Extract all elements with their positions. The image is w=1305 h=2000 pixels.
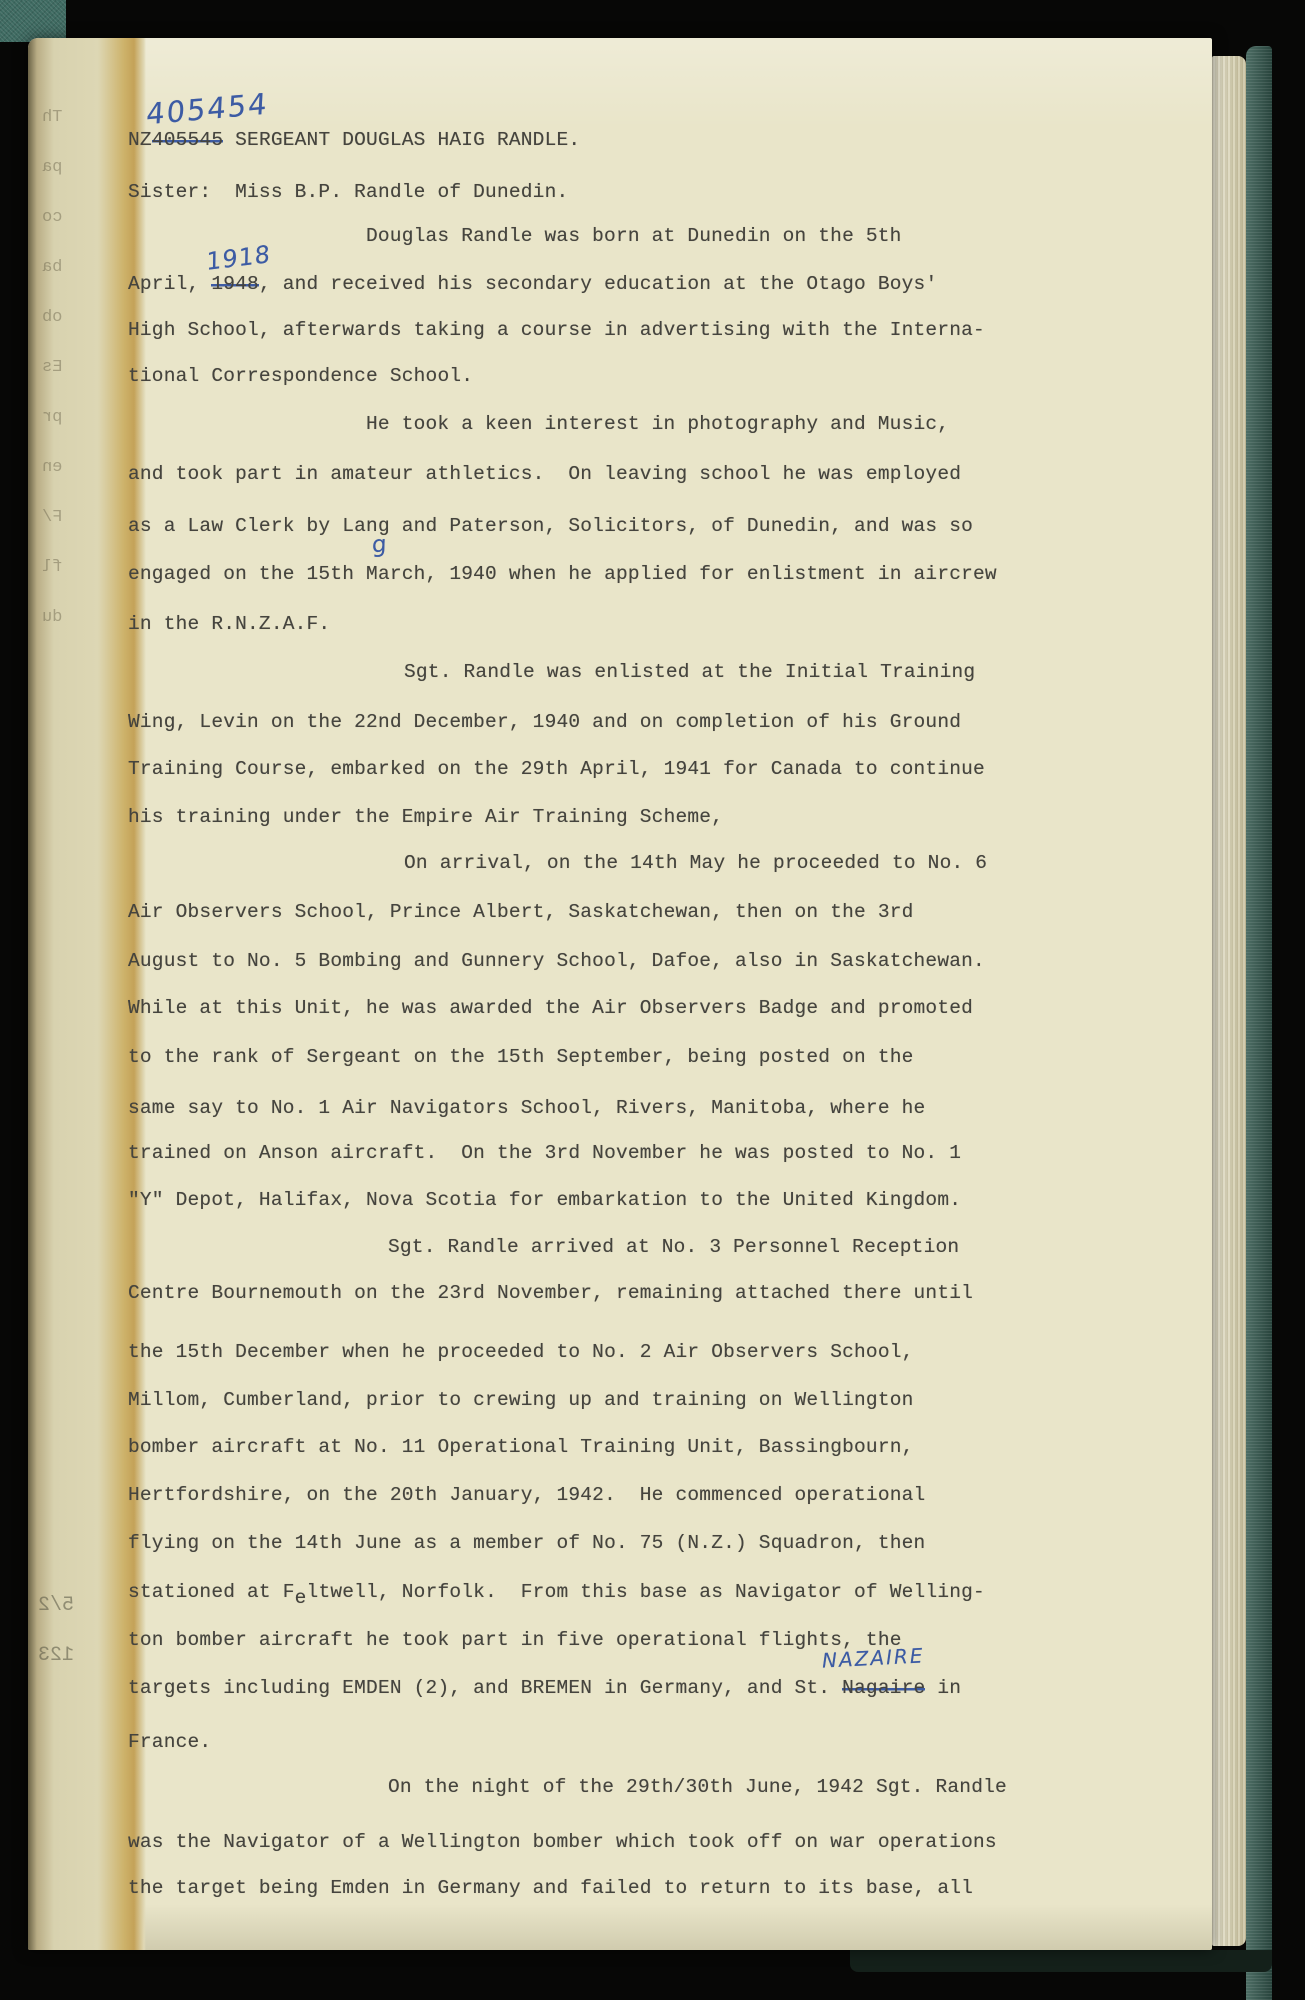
typed-line: Sgt. Randle was enlisted at the Initial … bbox=[404, 660, 975, 684]
typed-text: Sister: Miss B.P. Randle of Dunedin. bbox=[128, 181, 568, 203]
typed-text: Hertfordshire, on the 20th January, 1942… bbox=[128, 1484, 925, 1506]
typed-text: the 15th December when he proceeded to N… bbox=[128, 1341, 914, 1363]
showthrough-text: fl bbox=[42, 558, 62, 577]
typed-line: as a Law Clerk by Lang and Paterson, Sol… bbox=[128, 514, 973, 538]
typed-line: Sgt. Randle arrived at No. 3 Personnel R… bbox=[388, 1235, 959, 1259]
typed-text: On arrival, on the 14th May he proceeded… bbox=[404, 852, 987, 874]
typed-line: High School, afterwards taking a course … bbox=[128, 318, 985, 342]
typed-text: Wing, Levin on the 22nd December, 1940 a… bbox=[128, 711, 961, 733]
typed-line: in the R.N.Z.A.F. bbox=[128, 612, 330, 636]
scanned-document-photo: ThpacobaobEsprenF/fldu5/2123 NZ405545 SE… bbox=[0, 0, 1305, 2000]
typed-line: his training under the Empire Air Traini… bbox=[128, 805, 723, 829]
typed-text: Air Observers School, Prince Albert, Sas… bbox=[128, 901, 914, 923]
typed-line: August to No. 5 Bombing and Gunnery Scho… bbox=[128, 949, 985, 973]
typed-text: his training under the Empire Air Traini… bbox=[128, 806, 723, 828]
struck-text: Nagaire bbox=[842, 1677, 925, 1699]
handwritten-annotation: 1918 bbox=[206, 240, 271, 276]
typed-line: to the rank of Sergeant on the 15th Sept… bbox=[128, 1045, 914, 1069]
typed-line: trained on Anson aircraft. On the 3rd No… bbox=[128, 1141, 961, 1165]
typed-text: and took part in amateur athletics. On l… bbox=[128, 463, 961, 485]
typed-text: in the R.N.Z.A.F. bbox=[128, 613, 330, 635]
showthrough-text: en bbox=[42, 458, 62, 477]
handwritten-annotation: 405454 bbox=[145, 87, 269, 132]
typed-line: tional Correspondence School. bbox=[128, 364, 473, 388]
typed-line: "Y" Depot, Halifax, Nova Scotia for emba… bbox=[128, 1188, 961, 1212]
typed-line: On the night of the 29th/30th June, 1942… bbox=[388, 1775, 1007, 1799]
typed-line: targets including EMDEN (2), and BREMEN … bbox=[128, 1676, 961, 1700]
typed-line: Wing, Levin on the 22nd December, 1940 a… bbox=[128, 710, 961, 734]
typed-line: Hertfordshire, on the 20th January, 1942… bbox=[128, 1483, 925, 1507]
typed-line: engaged on the 15th March, 1940 when he … bbox=[128, 562, 997, 586]
showthrough-text: pr bbox=[42, 408, 62, 427]
typed-text: engaged on the 15th March, 1940 when he … bbox=[128, 563, 997, 585]
typed-line: France. bbox=[128, 1730, 211, 1754]
typed-text: Douglas Randle was born at Dunedin on th… bbox=[366, 225, 902, 247]
typed-text: bomber aircraft at No. 11 Operational Tr… bbox=[128, 1436, 914, 1458]
showthrough-text: pa bbox=[42, 158, 62, 177]
showthrough-text: F/ bbox=[42, 508, 62, 527]
typed-text: High School, afterwards taking a course … bbox=[128, 319, 985, 341]
typed-text: April, bbox=[128, 273, 211, 295]
book-cloth-top-left bbox=[0, 0, 66, 42]
typed-line: Air Observers School, Prince Albert, Sas… bbox=[128, 900, 914, 924]
typed-text: Training Course, embarked on the 29th Ap… bbox=[128, 758, 985, 780]
typed-text: "Y" Depot, Halifax, Nova Scotia for emba… bbox=[128, 1189, 961, 1211]
showthrough-number: 123 bbox=[38, 1644, 74, 1667]
showthrough-text: ba bbox=[42, 258, 62, 277]
typed-line: bomber aircraft at No. 11 Operational Tr… bbox=[128, 1435, 914, 1459]
showthrough-text: Th bbox=[42, 108, 62, 127]
typed-text: stationed at F bbox=[128, 1581, 295, 1603]
typed-text: trained on Anson aircraft. On the 3rd No… bbox=[128, 1142, 961, 1164]
struck-text: 405545 bbox=[152, 129, 223, 151]
typed-line: and took part in amateur athletics. On l… bbox=[128, 462, 961, 486]
typed-text: , and received his secondary education a… bbox=[259, 273, 937, 295]
typed-text: Sgt. Randle was enlisted at the Initial … bbox=[404, 661, 975, 683]
typed-text: ton bomber aircraft he took part in five… bbox=[128, 1629, 902, 1651]
typed-line: stationed at Feltwell, Norfolk. From thi… bbox=[128, 1580, 985, 1604]
typed-line: flying on the 14th June as a member of N… bbox=[128, 1531, 925, 1555]
typed-text: August to No. 5 Bombing and Gunnery Scho… bbox=[128, 950, 985, 972]
typed-text: tional Correspondence School. bbox=[128, 365, 473, 387]
showthrough-text: ob bbox=[42, 308, 62, 327]
typed-line: the target being Emden in Germany and fa… bbox=[128, 1876, 973, 1900]
typed-line: Sister: Miss B.P. Randle of Dunedin. bbox=[128, 180, 568, 204]
page-stack-edge bbox=[1212, 56, 1246, 1946]
typed-line: Millom, Cumberland, prior to crewing up … bbox=[128, 1388, 914, 1412]
typed-line: Training Course, embarked on the 29th Ap… bbox=[128, 757, 985, 781]
book-board-bottom-edge bbox=[850, 1950, 1272, 1972]
typed-text: in bbox=[925, 1677, 961, 1699]
typed-text: On the night of the 29th/30th June, 1942… bbox=[388, 1776, 1007, 1798]
typed-text: same say to No. 1 Air Navigators School,… bbox=[128, 1097, 925, 1119]
typed-text: NZ bbox=[128, 129, 152, 151]
handwritten-annotation: NAZAIRE bbox=[821, 1643, 925, 1672]
typed-text: SERGEANT DOUGLAS HAIG RANDLE. bbox=[223, 129, 580, 151]
typed-line: Centre Bournemouth on the 23rd November,… bbox=[128, 1281, 973, 1305]
showthrough-text: co bbox=[42, 208, 62, 227]
typed-text: Centre Bournemouth on the 23rd November,… bbox=[128, 1282, 973, 1304]
typed-text: was the Navigator of a Wellington bomber… bbox=[128, 1831, 997, 1853]
document-page: ThpacobaobEsprenF/fldu5/2123 NZ405545 SE… bbox=[28, 38, 1212, 1950]
typed-text: to the rank of Sergeant on the 15th Sept… bbox=[128, 1046, 914, 1068]
typed-text: e bbox=[295, 1587, 307, 1609]
typed-text: Sgt. Randle arrived at No. 3 Personnel R… bbox=[388, 1236, 959, 1258]
typed-line: same say to No. 1 Air Navigators School,… bbox=[128, 1096, 925, 1120]
typed-text: the target being Emden in Germany and fa… bbox=[128, 1877, 973, 1899]
typed-text: Millom, Cumberland, prior to crewing up … bbox=[128, 1389, 914, 1411]
typed-text: targets including EMDEN (2), and BREMEN … bbox=[128, 1677, 842, 1699]
typed-text: as a Law Clerk by Lang and Paterson, Sol… bbox=[128, 515, 973, 537]
typed-line: While at this Unit, he was awarded the A… bbox=[128, 996, 973, 1020]
typed-text: ltwell, Norfolk. From this base as Navig… bbox=[307, 1581, 985, 1603]
book-cloth-right-edge bbox=[1246, 46, 1272, 2000]
typed-line: He took a keen interest in photography a… bbox=[366, 412, 949, 436]
typed-text: While at this Unit, he was awarded the A… bbox=[128, 997, 973, 1019]
typed-text: He took a keen interest in photography a… bbox=[366, 413, 949, 435]
typed-line: was the Navigator of a Wellington bomber… bbox=[128, 1830, 997, 1854]
showthrough-text: Es bbox=[42, 358, 62, 377]
typed-line: NZ405545 SERGEANT DOUGLAS HAIG RANDLE. bbox=[128, 128, 580, 152]
typed-line: the 15th December when he proceeded to N… bbox=[128, 1340, 914, 1364]
handwritten-annotation: g bbox=[372, 531, 387, 558]
typed-text: flying on the 14th June as a member of N… bbox=[128, 1532, 925, 1554]
typed-line: On arrival, on the 14th May he proceeded… bbox=[404, 851, 987, 875]
typed-line: April, 1948, and received his secondary … bbox=[128, 272, 937, 296]
typed-text: France. bbox=[128, 1731, 211, 1753]
showthrough-text: du bbox=[42, 608, 62, 627]
typed-line: ton bomber aircraft he took part in five… bbox=[128, 1628, 902, 1652]
showthrough-number: 5/2 bbox=[38, 1594, 74, 1617]
typed-line: Douglas Randle was born at Dunedin on th… bbox=[366, 224, 902, 248]
struck-text: 1948 bbox=[211, 273, 259, 295]
